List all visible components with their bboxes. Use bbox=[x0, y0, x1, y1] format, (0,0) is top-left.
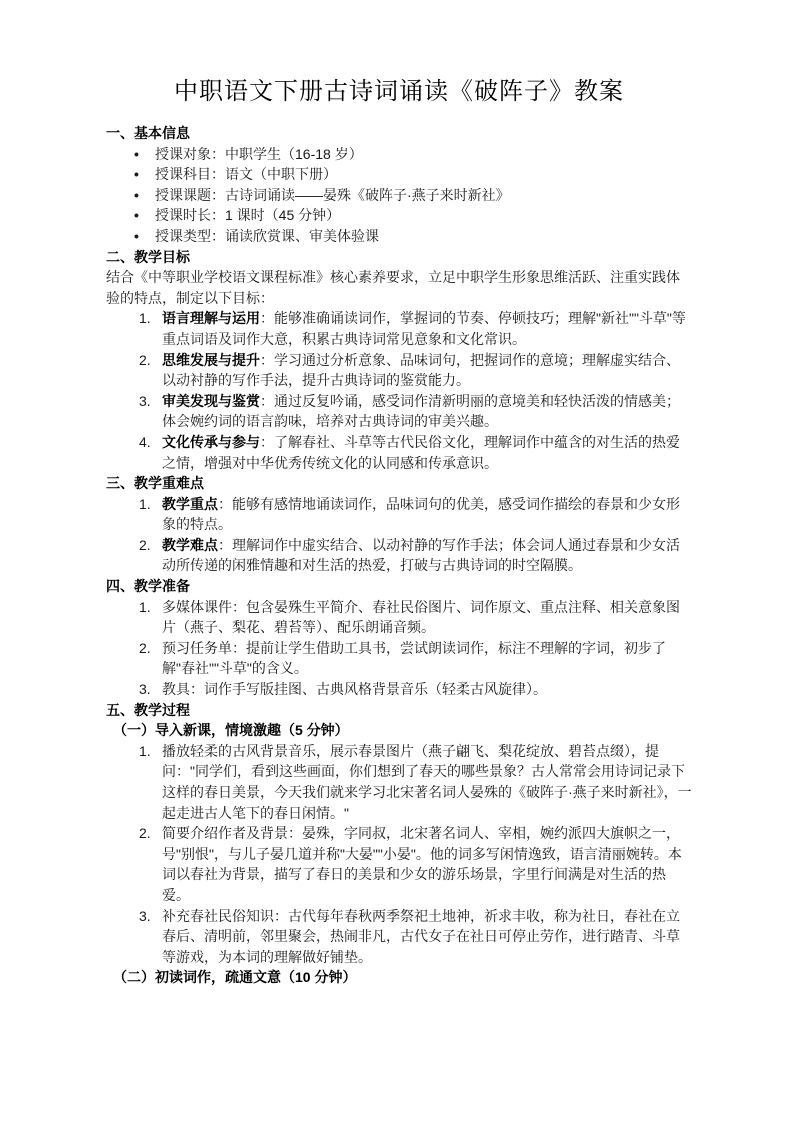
list-item: 预习任务单：提前让学生借助工具书，尝试朗读词作，标注不理解的字词，初步了解"春社… bbox=[106, 638, 692, 679]
item-label: 教学难点 bbox=[162, 537, 218, 553]
list-item: 教具：词作手写版挂图、古典风格背景音乐（轻柔古风旋律）。 bbox=[106, 679, 692, 700]
item-text: ：能够有感情地诵读词作，品味词句的优美，感受词作描绘的春景和少女形象的特点。 bbox=[162, 496, 680, 533]
item-text: 补充春社民俗知识：古代每年春秋两季祭祀土地神，祈求丰收，称为社日，春社在立春后、… bbox=[162, 908, 680, 965]
section-heading-basic-info: 一、基本信息 bbox=[106, 123, 692, 144]
list-item: 授课课题：古诗词诵读——晏殊《破阵子·燕子来时新社》 bbox=[106, 185, 692, 206]
list-item: 文化传承与参与：了解春社、斗草等古代民俗文化，理解词作中蕴含的对生活的热爱之情，… bbox=[106, 432, 692, 473]
key-difficulties-list: 教学重点：能够有感情地诵读词作，品味词句的优美，感受词作描绘的春景和少女形象的特… bbox=[106, 494, 692, 576]
item-label: 文化传承与参与 bbox=[162, 434, 260, 450]
list-item: 教学难点：理解词作中虚实结合、以动衬静的写作手法；体会词人通过春景和少女活动所传… bbox=[106, 535, 692, 576]
basic-info-list: 授课对象：中职学生（16-18 岁） 授课科目：语文（中职下册） 授课课题：古诗… bbox=[106, 144, 692, 247]
list-item: 授课类型：诵读欣赏课、审美体验课 bbox=[106, 226, 692, 247]
bullet-text: 授课科目：语文（中职下册） bbox=[155, 166, 337, 182]
section-key-difficulties: 三、教学重难点 教学重点：能够有感情地诵读词作，品味词句的优美，感受词作描绘的春… bbox=[106, 473, 692, 576]
teaching-goals-list: 语言理解与运用：能够准确诵读词作，掌握词的节奏、停顿技巧；理解"新社""斗草"等… bbox=[106, 308, 692, 473]
item-text: 播放轻柔的古风背景音乐，展示春景图片（燕子翩飞、梨花绽放、碧苔点缀），提问："同… bbox=[162, 743, 692, 821]
item-text: 教具：词作手写版挂图、古典风格背景音乐（轻柔古风旋律）。 bbox=[162, 681, 547, 697]
section-teaching-goals: 二、教学目标 结合《中等职业学校语文课程标准》核心素养要求，立足中职学生形象思维… bbox=[106, 247, 692, 474]
item-label: 语言理解与运用 bbox=[162, 310, 260, 326]
item-text: 简要介绍作者及背景：晏殊，字同叔，北宋著名词人、宰相，婉约派四大旗帜之一，号"别… bbox=[162, 825, 682, 903]
section-basic-info: 一、基本信息 授课对象：中职学生（16-18 岁） 授课科目：语文（中职下册） … bbox=[106, 123, 692, 247]
section-heading-key-difficulties: 三、教学重难点 bbox=[106, 473, 692, 494]
lead-in-list: 播放轻柔的古风背景音乐，展示春景图片（燕子翩飞、梨花绽放、碧苔点缀），提问："同… bbox=[106, 741, 692, 968]
list-item: 语言理解与运用：能够准确诵读词作，掌握词的节奏、停顿技巧；理解"新社""斗草"等… bbox=[106, 308, 692, 349]
subsection-heading-first-reading: （二）初读词作，疏通文意（10 分钟） bbox=[106, 967, 692, 988]
list-item: 授课时长：1 课时（45 分钟） bbox=[106, 205, 692, 226]
section-heading-teaching-process: 五、教学过程 bbox=[106, 700, 692, 721]
bullet-text: 授课类型：诵读欣赏课、审美体验课 bbox=[155, 228, 379, 244]
bullet-text: 授课时长：1 课时（45 分钟） bbox=[155, 207, 340, 223]
section-teaching-process: 五、教学过程 （一）导入新课，情境激趣（5 分钟） 播放轻柔的古风背景音乐，展示… bbox=[106, 700, 692, 988]
list-item: 授课科目：语文（中职下册） bbox=[106, 164, 692, 185]
page-title: 中职语文下册古诗词诵读《破阵子》教案 bbox=[106, 76, 692, 108]
list-item: 补充春社民俗知识：古代每年春秋两季祭祀土地神，祈求丰收，称为社日，春社在立春后、… bbox=[106, 906, 692, 968]
section-heading-preparation: 四、教学准备 bbox=[106, 576, 692, 597]
item-text: 多媒体课件：包含晏殊生平简介、春社民俗图片、词作原文、重点注释、相关意象图片（燕… bbox=[162, 599, 680, 636]
item-label: 审美发现与鉴赏 bbox=[162, 393, 260, 409]
bullet-text: 授课对象：中职学生（16-18 岁） bbox=[155, 146, 363, 162]
section-preparation: 四、教学准备 多媒体课件：包含晏殊生平简介、春社民俗图片、词作原文、重点注释、相… bbox=[106, 576, 692, 700]
list-item: 多媒体课件：包含晏殊生平简介、春社民俗图片、词作原文、重点注释、相关意象图片（燕… bbox=[106, 597, 692, 638]
item-label: 教学重点 bbox=[162, 496, 218, 512]
item-label: 思维发展与提升 bbox=[162, 352, 260, 368]
list-item: 授课对象：中职学生（16-18 岁） bbox=[106, 144, 692, 165]
teaching-goals-intro: 结合《中等职业学校语文课程标准》核心素养要求，立足中职学生形象思维活跃、注重实践… bbox=[106, 267, 692, 308]
list-item: 播放轻柔的古风背景音乐，展示春景图片（燕子翩飞、梨花绽放、碧苔点缀），提问："同… bbox=[106, 741, 692, 823]
item-text: ：理解词作中虚实结合、以动衬静的写作手法；体会词人通过春景和少女活动所传递的闲雅… bbox=[162, 537, 680, 574]
list-item: 思维发展与提升：学习通过分析意象、品味词句，把握词作的意境；理解虚实结合、以动衬… bbox=[106, 350, 692, 391]
list-item: 审美发现与鉴赏：通过反复吟诵，感受词作清新明丽的意境美和轻快活泼的情感美；体会婉… bbox=[106, 391, 692, 432]
list-item: 教学重点：能够有感情地诵读词作，品味词句的优美，感受词作描绘的春景和少女形象的特… bbox=[106, 494, 692, 535]
bullet-text: 授课课题：古诗词诵读——晏殊《破阵子·燕子来时新社》 bbox=[155, 187, 510, 203]
item-text: 预习任务单：提前让学生借助工具书，尝试朗读词作，标注不理解的字词，初步了解"春社… bbox=[162, 640, 666, 677]
preparation-list: 多媒体课件：包含晏殊生平简介、春社民俗图片、词作原文、重点注释、相关意象图片（燕… bbox=[106, 597, 692, 700]
subsection-heading-lead-in: （一）导入新课，情境激趣（5 分钟） bbox=[106, 720, 692, 741]
list-item: 简要介绍作者及背景：晏殊，字同叔，北宋著名词人、宰相，婉约派四大旗帜之一，号"别… bbox=[106, 823, 692, 905]
lesson-plan-document: 中职语文下册古诗词诵读《破阵子》教案 一、基本信息 授课对象：中职学生（16-1… bbox=[0, 0, 794, 1123]
section-heading-teaching-goals: 二、教学目标 bbox=[106, 247, 692, 268]
